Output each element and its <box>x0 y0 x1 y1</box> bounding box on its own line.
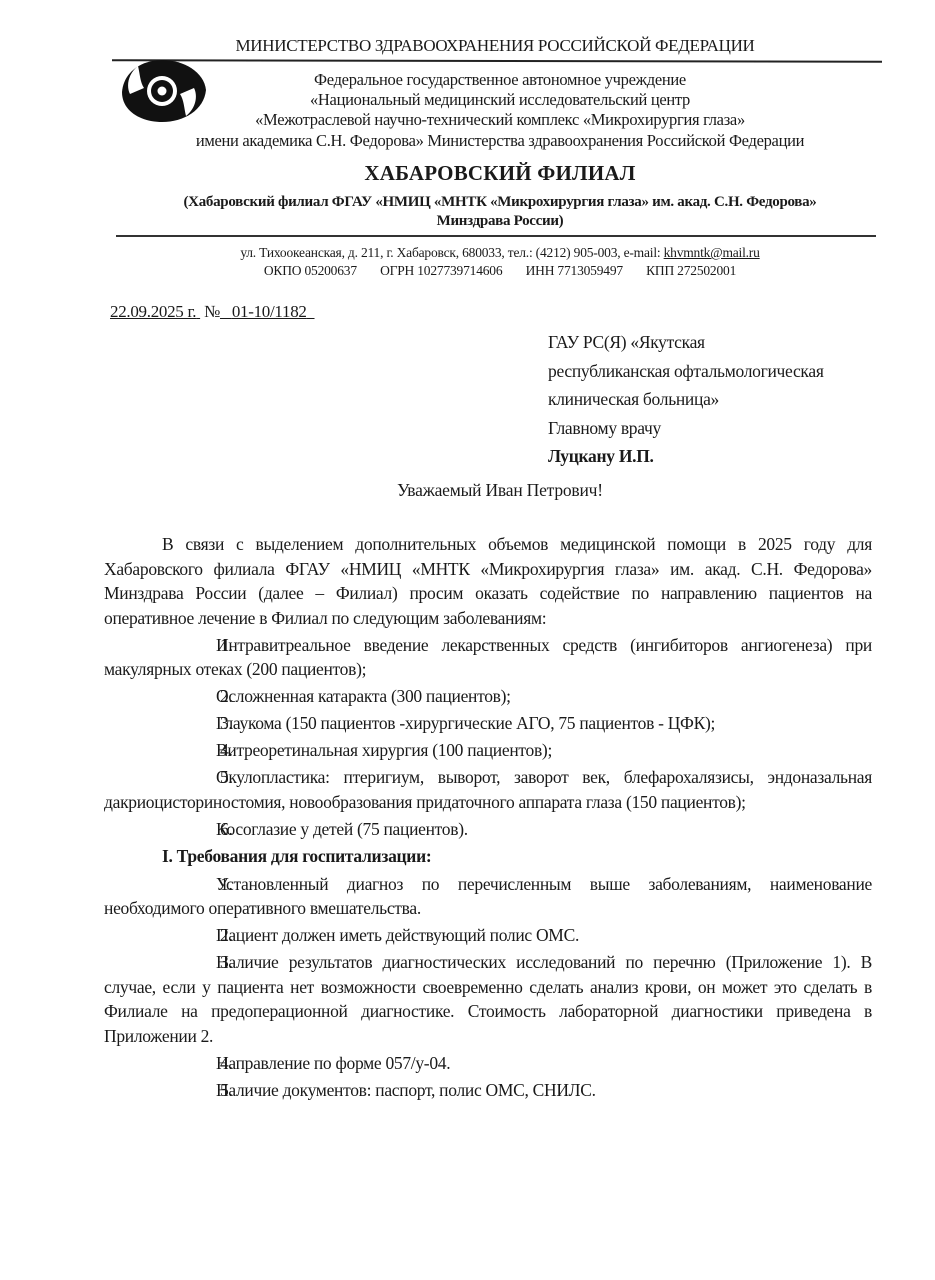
recipient-line: ГАУ РС(Я) «Якутская <box>548 328 908 357</box>
branch-full-line: (Хабаровский филиал ФГАУ «НМИЦ «МНТК «Ми… <box>110 193 890 212</box>
branch-title: ХАБАРОВСКИЙ ФИЛИАЛ <box>110 161 890 186</box>
requirements-list: 1.Установленный диагноз по перечисленным… <box>104 872 872 1103</box>
list-item: 4.Направление по форме 057/у-04. <box>104 1051 872 1076</box>
org-line: Федеральное государственное автономное у… <box>200 70 800 90</box>
requirements-heading: I. Требования для госпитализации: <box>162 844 872 869</box>
list-item: 6.Косоглазие у детей (75 пациентов). <box>104 817 872 842</box>
org-line: «Межотраслевой научно-технический компле… <box>200 110 800 130</box>
document-date: 22.09.2025 г. <box>110 302 196 321</box>
ministry-heading: МИНИСТЕРСТВО ЗДРАВООХРАНЕНИЯ РОССИЙСКОЙ … <box>110 36 880 56</box>
disease-list: 1.Интравитреальное введение лекарственны… <box>104 633 872 842</box>
recipient-name: Луцкану И.П. <box>548 442 908 471</box>
ogrn: ОГРН 1027739714606 <box>380 263 502 278</box>
document-number: 01-10/1182 <box>232 302 307 321</box>
list-item: 5.Окулопластика: птеригиум, выворот, зав… <box>104 765 872 814</box>
recipient-line: республиканская офтальмологическая <box>548 357 908 386</box>
recipient-block: ГАУ РС(Я) «Якутская республиканская офта… <box>548 328 908 471</box>
recipient-line: клиническая больница» <box>548 385 908 414</box>
list-item: 3.Глаукома (150 пациентов -хирургические… <box>104 711 872 736</box>
document-reference: 22.09.2025 г. № 01-10/1182 <box>110 302 315 322</box>
branch-full-name: (Хабаровский филиал ФГАУ «НМИЦ «МНТК «Ми… <box>110 193 890 231</box>
list-item: 4.Витреоретинальная хирургия (100 пациен… <box>104 738 872 763</box>
email-link[interactable]: khvmntk@mail.ru <box>664 245 760 260</box>
org-name: Федеральное государственное автономное у… <box>200 70 800 130</box>
list-item: 2.Пациент должен иметь действующий полис… <box>104 923 872 948</box>
list-item: 5.Наличие документов: паспорт, полис ОМС… <box>104 1078 872 1103</box>
letter-body: В связи с выделением дополнительных объе… <box>104 532 872 1102</box>
address: ул. Тихоокеанская, д. 211, г. Хабаровск,… <box>240 245 663 260</box>
branch-full-line: Минздрава России) <box>110 212 890 231</box>
list-item: 2.Осложненная катаракта (300 пациентов); <box>104 684 872 709</box>
org-line: «Национальный медицинский исследовательс… <box>200 90 800 110</box>
intro-paragraph: В связи с выделением дополнительных объе… <box>104 532 872 630</box>
contacts: ул. Тихоокеанская, д. 211, г. Хабаровск,… <box>110 244 890 280</box>
list-item: 3.Наличие результатов диагностических ис… <box>104 950 872 1048</box>
okpo: ОКПО 05200637 <box>264 263 357 278</box>
greeting: Уважаемый Иван Петрович! <box>110 480 890 501</box>
contacts-rule <box>116 235 876 237</box>
number-label: № <box>204 302 220 321</box>
list-item: 1.Установленный диагноз по перечисленным… <box>104 872 872 921</box>
recipient-line: Главному врачу <box>548 414 908 443</box>
kpp: КПП 272502001 <box>646 263 736 278</box>
org-line: имени академика С.Н. Федорова» Министерс… <box>110 131 890 151</box>
eye-logo-icon <box>114 56 210 126</box>
inn: ИНН 7713059497 <box>526 263 623 278</box>
header-rule <box>112 59 882 63</box>
list-item: 1.Интравитреальное введение лекарственны… <box>104 633 872 682</box>
